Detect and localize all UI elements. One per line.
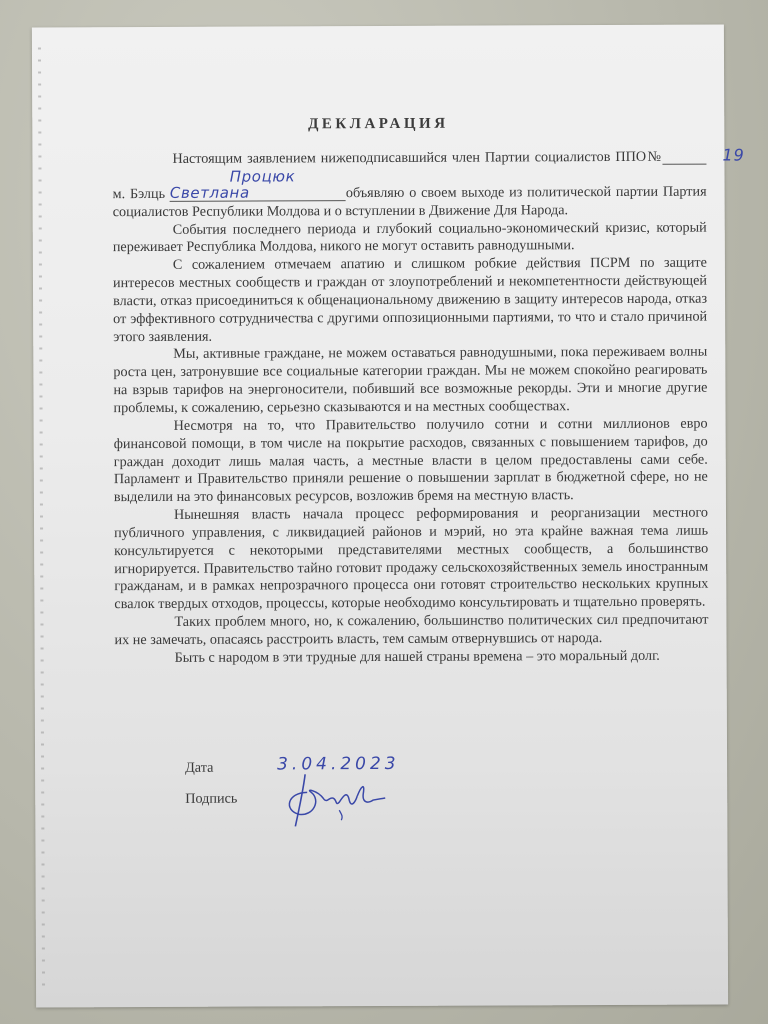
signature-icon — [277, 770, 387, 830]
perforation-edge — [38, 47, 45, 987]
paragraph: Быть с народом в эти трудные для нашей с… — [115, 647, 709, 667]
signature-label: Подпись — [185, 791, 237, 808]
intro-line1: Настоящим заявлением нижеподписавшийся ч… — [172, 149, 610, 167]
document-body: Настоящим заявлением нижеподписавшийся ч… — [112, 148, 708, 668]
ppo-prefix: ППО№ — [615, 149, 662, 165]
document-title: ДЕКЛАРАЦИЯ — [32, 114, 724, 134]
paragraph: События последнего периода и глубокий со… — [113, 219, 707, 257]
paragraph: Таких проблем много, но, к сожалению, бо… — [114, 612, 708, 650]
document-page: ДЕКЛАРАЦИЯ Настоящим заявлением нижеподп… — [32, 24, 728, 1007]
paragraph: С сожалением отмечаем апатию и слишком р… — [113, 255, 707, 347]
member-name-handwritten: Процюк Светлана — [170, 168, 346, 202]
intro-paragraph: Настоящим заявлением нижеподписавшийся ч… — [112, 148, 706, 222]
paragraph: Мы, активные граждане, не можем оставать… — [113, 344, 707, 418]
date-label: Дата — [185, 760, 213, 777]
ppo-number-handwritten: 19 — [662, 148, 706, 165]
paragraph: Несмотря на то, что Правительство получи… — [114, 415, 708, 507]
signature-block: Дата 3.04.2023 Подпись — [185, 753, 585, 755]
locality: м. Бэлць — [113, 186, 166, 202]
paragraph: Нынешняя власть начала процесс реформиро… — [114, 505, 708, 615]
